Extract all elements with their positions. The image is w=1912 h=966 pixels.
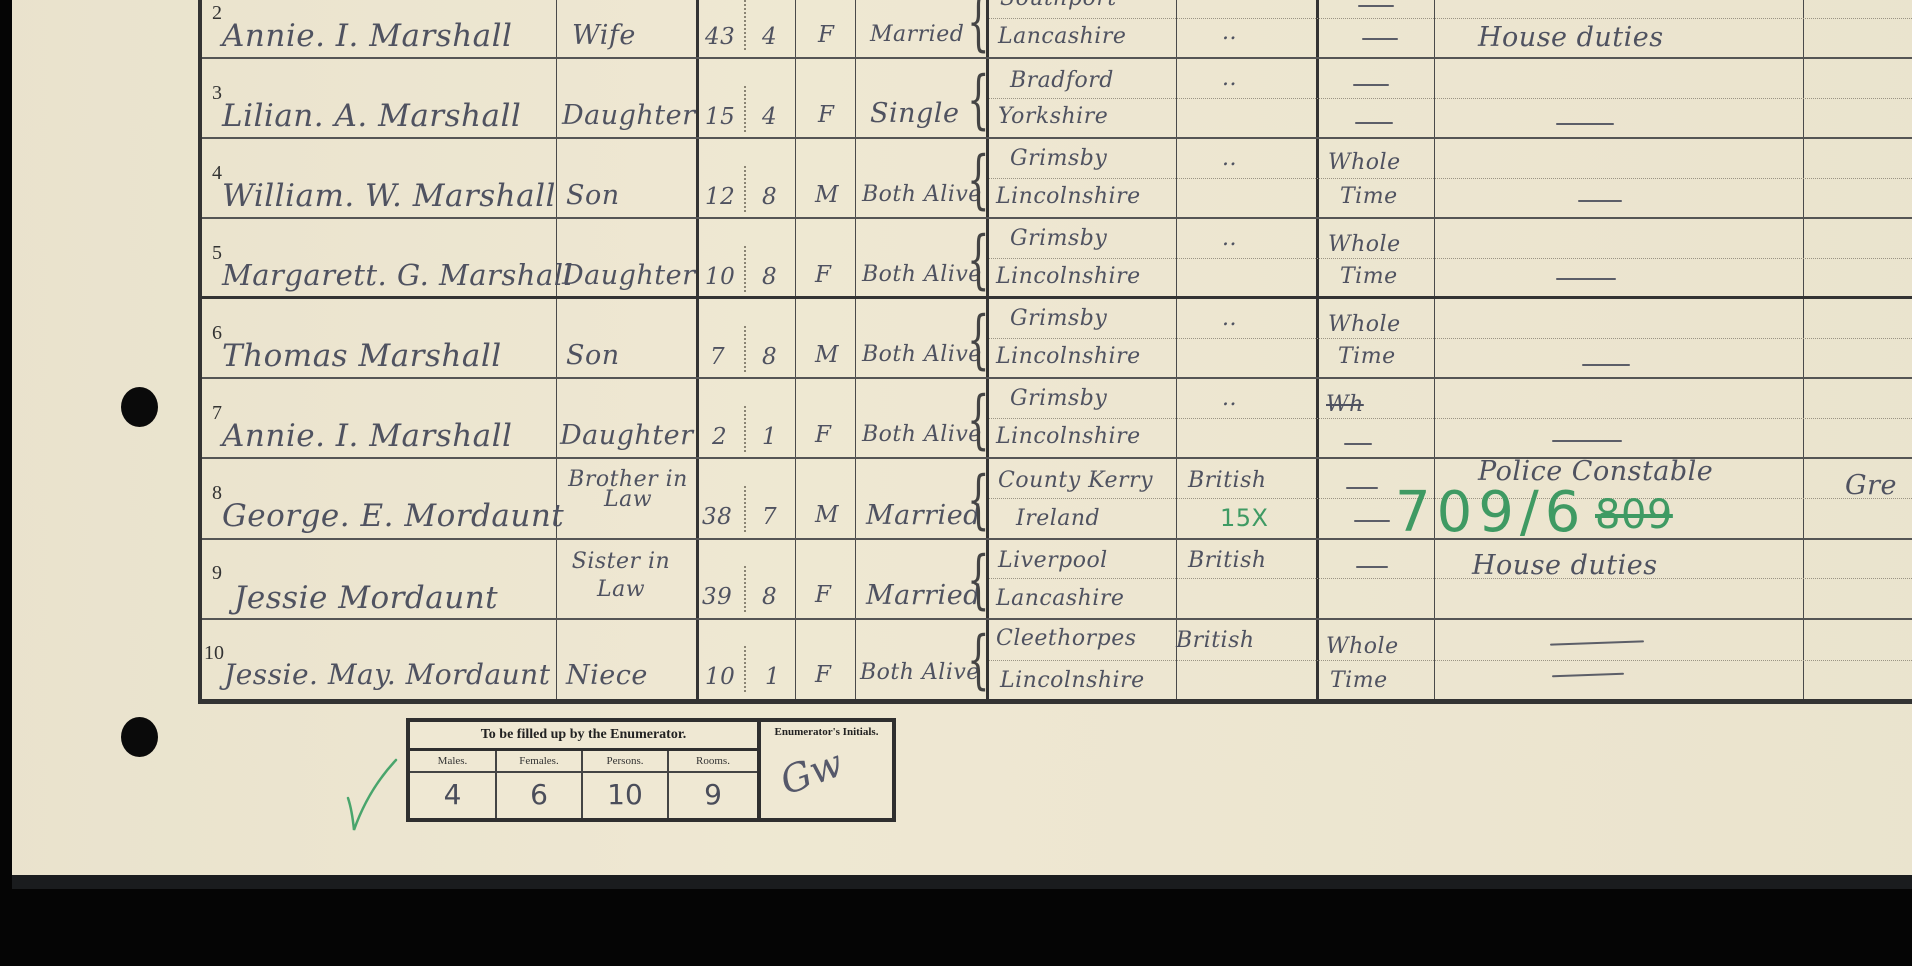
row-number: 4 bbox=[212, 162, 222, 185]
relationship: Daughter bbox=[562, 260, 696, 291]
checkmark-icon bbox=[340, 750, 400, 835]
employment-status: Whole bbox=[1326, 634, 1399, 659]
column-divider bbox=[855, 0, 856, 700]
years-married: 8 bbox=[762, 344, 777, 370]
punch-hole-icon bbox=[121, 717, 158, 757]
birth-town: County Kerry bbox=[998, 468, 1153, 493]
person-name: Jessie Mordaunt bbox=[234, 580, 498, 616]
relationship: Daughter bbox=[560, 420, 694, 451]
rooms-value: 9 bbox=[669, 773, 757, 817]
marital-status: Married bbox=[870, 22, 964, 47]
birth-town: Southport bbox=[1000, 0, 1117, 11]
males-value: 4 bbox=[410, 773, 495, 817]
birth-county: Lincolnshire bbox=[996, 264, 1141, 289]
age: 10 bbox=[705, 264, 735, 290]
sex: M bbox=[815, 182, 839, 208]
employment-status-struck: Wh bbox=[1326, 392, 1364, 417]
punch-hole-icon bbox=[121, 387, 158, 427]
row-divider bbox=[202, 137, 1912, 139]
person-name: Annie. I. Marshall bbox=[222, 418, 512, 454]
enumerator-initials-label: Enumerator's Initials. bbox=[761, 726, 892, 738]
females-value: 6 bbox=[497, 773, 581, 817]
marital-status: Both Alive bbox=[862, 422, 982, 447]
sex: F bbox=[815, 262, 831, 288]
birth-county: Lincolnshire bbox=[996, 184, 1141, 209]
birth-town: Liverpool bbox=[998, 548, 1108, 573]
persons-value: 10 bbox=[583, 773, 667, 817]
row-number: 9 bbox=[212, 562, 222, 585]
sex: F bbox=[815, 662, 831, 688]
employment-status: Time bbox=[1338, 344, 1396, 369]
marital-status: Single bbox=[870, 98, 959, 129]
age: 15 bbox=[705, 104, 735, 130]
years-married: 1 bbox=[765, 664, 780, 690]
relationship: Son bbox=[566, 180, 620, 211]
sex: F bbox=[815, 582, 831, 608]
row-divider bbox=[202, 538, 1912, 540]
sex: F bbox=[818, 102, 834, 128]
marital-status: Married bbox=[866, 580, 981, 611]
years-married: 8 bbox=[762, 264, 777, 290]
birth-county: Lancashire bbox=[998, 24, 1126, 49]
relationship: Daughter bbox=[562, 100, 696, 131]
employment-status: Time bbox=[1340, 184, 1398, 209]
marital-status: Both Alive bbox=[862, 182, 982, 207]
occupation-code-struck: 809 bbox=[1595, 492, 1673, 538]
sex: M bbox=[815, 502, 839, 528]
row-divider bbox=[202, 57, 1912, 59]
person-name: Thomas Marshall bbox=[222, 338, 502, 374]
marital-status: Both Alive bbox=[862, 342, 982, 367]
nationality: British bbox=[1188, 548, 1267, 573]
birth-county: Ireland bbox=[1016, 506, 1100, 531]
years-married: 8 bbox=[762, 584, 777, 610]
occupation: House duties bbox=[1472, 550, 1658, 581]
years-married: 1 bbox=[762, 424, 777, 450]
scan-edge-band bbox=[12, 875, 1912, 889]
age: 7 bbox=[710, 344, 725, 370]
nationality-annotation: 15X bbox=[1220, 504, 1268, 532]
birth-town: Grimsby bbox=[1010, 226, 1107, 251]
person-name: Lilian. A. Marshall bbox=[222, 98, 521, 134]
person-name: Margarett. G. Marshall bbox=[222, 258, 573, 292]
relationship: Sister in Law bbox=[562, 548, 680, 604]
relationship: Brother in Law bbox=[568, 470, 688, 510]
person-name: William. W. Marshall bbox=[222, 178, 556, 214]
column-divider bbox=[1803, 0, 1804, 700]
nationality: .. bbox=[1222, 20, 1237, 45]
employment-status: Whole bbox=[1328, 150, 1401, 175]
birth-county: Yorkshire bbox=[998, 104, 1108, 129]
row-number: 2 bbox=[212, 2, 222, 25]
nationality: .. bbox=[1222, 226, 1237, 251]
rooms-column: Rooms. 9 bbox=[669, 751, 757, 818]
person-name: Jessie. May. Mordaunt bbox=[224, 658, 550, 691]
years-married: 8 bbox=[762, 184, 777, 210]
age: 10 bbox=[705, 664, 735, 690]
column-divider bbox=[795, 0, 796, 700]
occupation: House duties bbox=[1478, 22, 1664, 53]
table-bottom-border bbox=[198, 699, 1912, 704]
birth-town: Grimsby bbox=[1010, 386, 1107, 411]
nationality: British bbox=[1176, 628, 1255, 653]
relationship: Niece bbox=[566, 660, 648, 691]
column-divider bbox=[696, 0, 699, 700]
nationality: .. bbox=[1222, 386, 1237, 411]
marital-status: Married bbox=[866, 500, 981, 531]
sex: F bbox=[818, 22, 834, 48]
age: 12 bbox=[705, 184, 735, 210]
birth-county: Lincolnshire bbox=[1000, 668, 1145, 693]
employment-status: Time bbox=[1340, 264, 1398, 289]
column-divider bbox=[556, 0, 557, 700]
column-divider bbox=[1316, 0, 1319, 700]
enumerator-counts: To be filled up by the Enumerator. Males… bbox=[410, 722, 761, 818]
row-number: 10 bbox=[204, 642, 224, 665]
sex: F bbox=[815, 422, 831, 448]
nationality: .. bbox=[1222, 66, 1237, 91]
row-number: 3 bbox=[212, 82, 222, 105]
enumerator-summary-box: To be filled up by the Enumerator. Males… bbox=[406, 718, 896, 822]
column-divider bbox=[1434, 0, 1435, 700]
row-number: 6 bbox=[212, 322, 222, 345]
birthplace-spillover: Gre bbox=[1845, 470, 1897, 501]
age: 2 bbox=[712, 424, 727, 450]
nationality: .. bbox=[1222, 306, 1237, 331]
row-number: 5 bbox=[212, 242, 222, 265]
enumerator-box-title: To be filled up by the Enumerator. bbox=[410, 722, 757, 751]
rooms-label: Rooms. bbox=[669, 751, 757, 773]
employment-status: Whole bbox=[1328, 312, 1401, 337]
occupation-code-annotation: 709/6 bbox=[1395, 480, 1586, 545]
birth-county: Lincolnshire bbox=[996, 424, 1141, 449]
row-number: 7 bbox=[212, 402, 222, 425]
marital-status: Both Alive bbox=[862, 262, 982, 287]
birth-county: Lancashire bbox=[996, 586, 1124, 611]
males-label: Males. bbox=[410, 751, 495, 773]
relationship: Son bbox=[566, 340, 620, 371]
persons-column: Persons. 10 bbox=[583, 751, 669, 818]
row-divider bbox=[202, 217, 1912, 219]
years-married: 4 bbox=[762, 24, 777, 50]
birth-town: Grimsby bbox=[1010, 146, 1107, 171]
relationship: Wife bbox=[572, 20, 636, 51]
males-column: Males. 4 bbox=[410, 751, 497, 818]
row-divider bbox=[202, 377, 1912, 379]
person-name: Annie. I. Marshall bbox=[222, 18, 512, 54]
nationality: British bbox=[1188, 468, 1267, 493]
employment-status: Time bbox=[1330, 668, 1388, 693]
females-label: Females. bbox=[497, 751, 581, 773]
years-married: 7 bbox=[762, 504, 777, 530]
females-column: Females. 6 bbox=[497, 751, 583, 818]
birth-town: Cleethorpes bbox=[996, 626, 1137, 651]
nationality: .. bbox=[1222, 146, 1237, 171]
age: 38 bbox=[702, 504, 732, 530]
table-left-border bbox=[198, 0, 202, 702]
birth-town: Grimsby bbox=[1010, 306, 1107, 331]
age: 43 bbox=[705, 24, 735, 50]
birth-town: Bradford bbox=[1010, 68, 1114, 93]
employment-status: Whole bbox=[1328, 232, 1401, 257]
birth-county: Lincolnshire bbox=[996, 344, 1141, 369]
person-name: George. E. Mordaunt bbox=[222, 498, 564, 534]
enumerator-initials: Gw bbox=[774, 741, 848, 804]
persons-label: Persons. bbox=[583, 751, 667, 773]
row-divider bbox=[202, 618, 1912, 620]
marital-status: Both Alive bbox=[860, 660, 980, 685]
years-married: 4 bbox=[762, 104, 777, 130]
row-divider bbox=[202, 296, 1912, 299]
age: 39 bbox=[702, 584, 732, 610]
sex: M bbox=[815, 342, 839, 368]
row-number: 8 bbox=[212, 482, 222, 505]
column-divider bbox=[1176, 0, 1177, 700]
